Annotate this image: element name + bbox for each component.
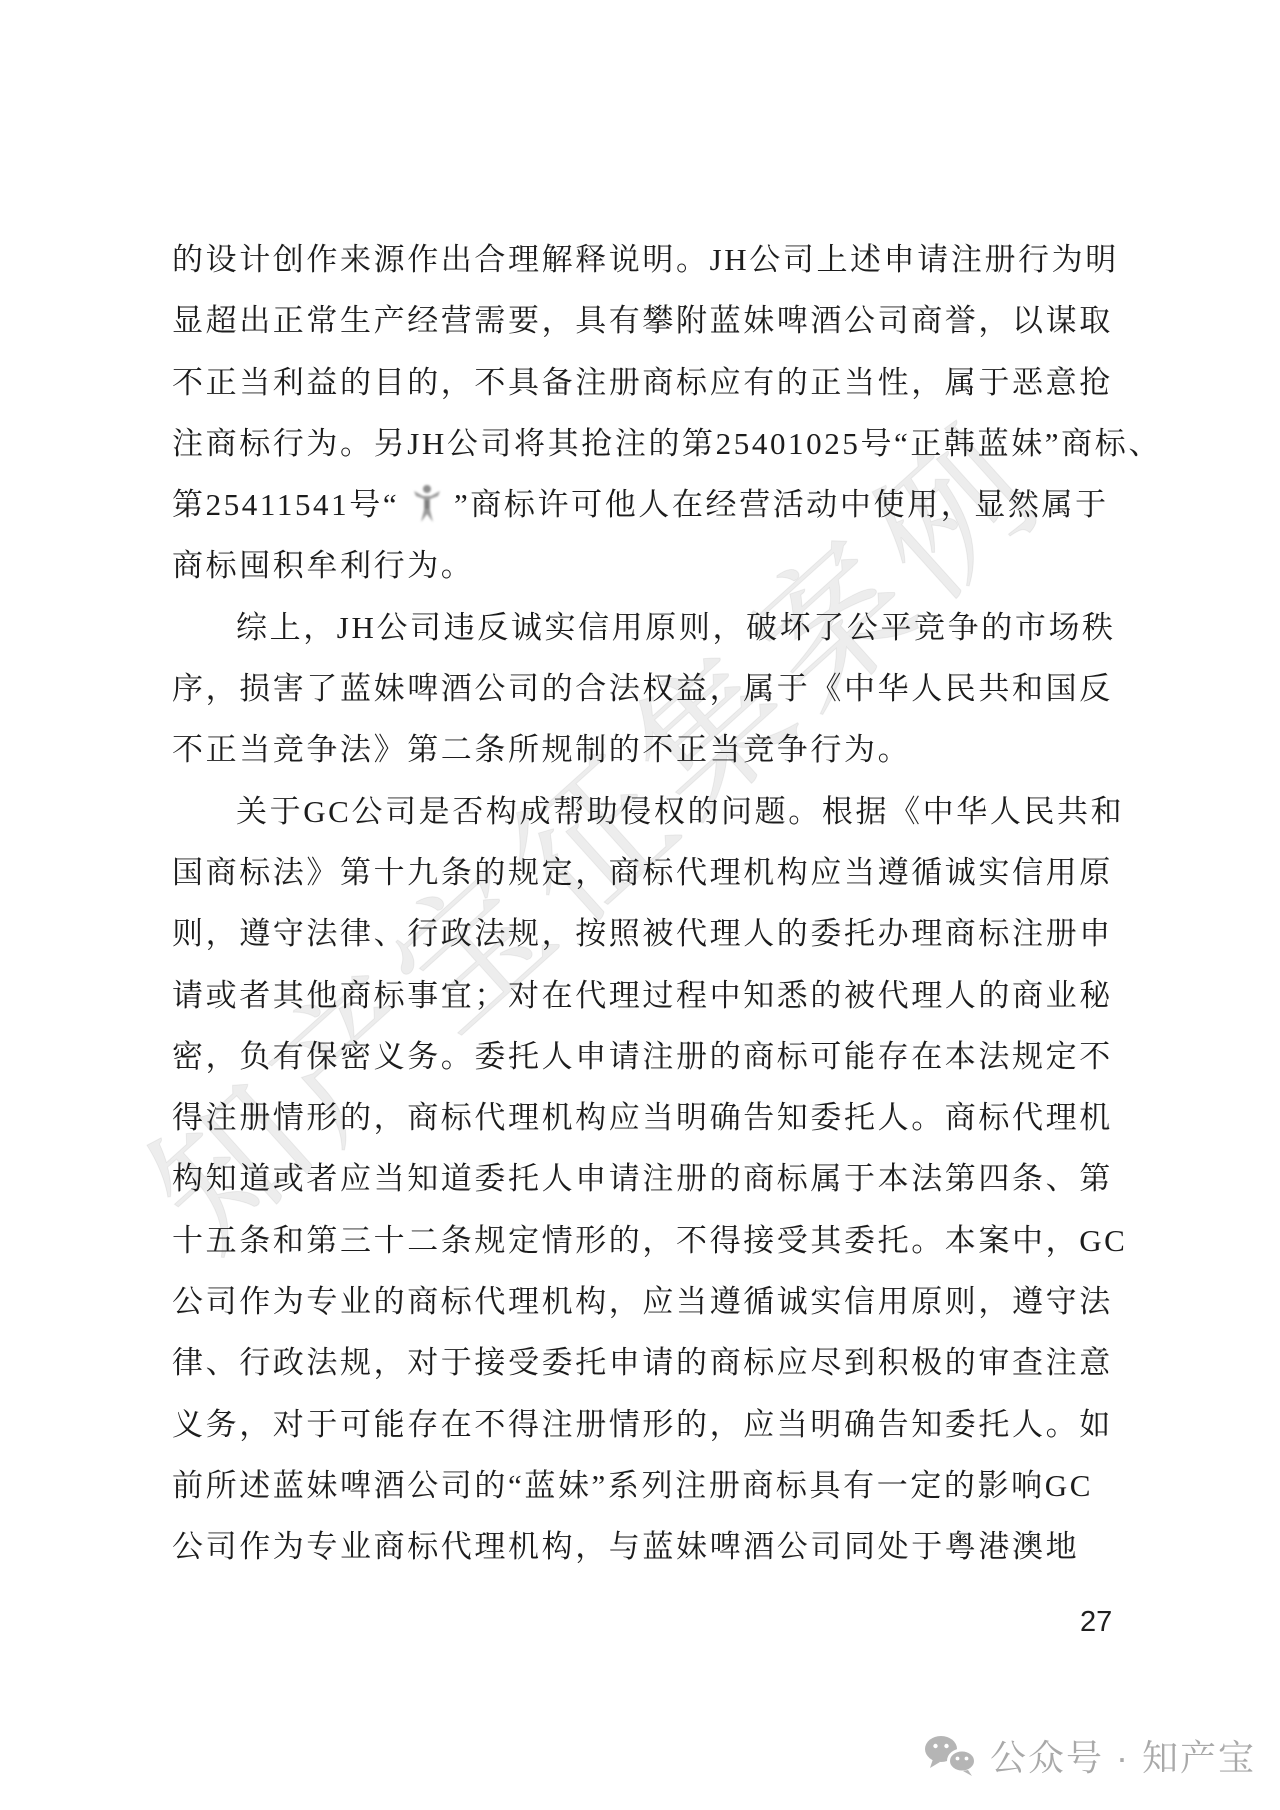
text-line: 公司作为专业商标代理机构，与蓝妹啤酒公司同处于粤港澳地 — [172, 1516, 1120, 1577]
text-line: 密，负有保密义务。委托人申请注册的商标可能存在本法规定不 — [172, 1026, 1120, 1087]
text-line: 的设计创作来源作出合理解释说明。JH公司上述申请注册行为明 — [172, 229, 1120, 290]
footer-brand: 公众号 · 知产宝 — [924, 1730, 1256, 1781]
paragraph: 综上，JH公司违反诚实信用原则，破坏了公平竞争的市场秩序，损害了蓝妹啤酒公司的合… — [172, 597, 1120, 781]
text-line: 国商标法》第十九条的规定，商标代理机构应当遵循诚实信用原 — [172, 842, 1120, 903]
footer-label: 公众号 · 知产宝 — [990, 1730, 1256, 1781]
text-line: 商标囤积牟利行为。 — [172, 535, 1120, 596]
page-number: 27 — [1080, 1606, 1112, 1639]
text-line: 义务，对于可能存在不得注册情形的，应当明确告知委托人。如 — [172, 1394, 1120, 1455]
text-line: 律、行政法规，对于接受委托申请的商标应尽到积极的审查注意 — [172, 1332, 1120, 1393]
text-line: 显超出正常生产经营需要，具有攀附蓝妹啤酒公司商誉，以谋取 — [172, 290, 1120, 351]
text-line: 请或者其他商标事宜；对在代理过程中知悉的被代理人的商业秘 — [172, 965, 1120, 1026]
text-line: 构知道或者应当知道委托人申请注册的商标属于本法第四条、第 — [172, 1148, 1120, 1209]
text-line: 不正当利益的目的，不具备注册商标应有的正当性，属于恶意抢 — [172, 352, 1120, 413]
text-line: 得注册情形的，商标代理机构应当明确告知委托人。商标代理机 — [172, 1087, 1120, 1148]
trademark-figure-image — [412, 482, 442, 524]
text-line: 十五条和第三十二条规定情形的，不得接受其委托。本案中，GC — [172, 1210, 1120, 1271]
paragraph: 关于GC公司是否构成帮助侵权的问题。根据《中华人民共和国商标法》第十九条的规定，… — [172, 781, 1120, 1578]
document-page: 知产宝征集案例 的设计创作来源作出合理解释说明。JH公司上述申请注册行为明显超出… — [0, 0, 1280, 1810]
text-line: 第25411541号“ ”商标许可他人在经营活动中使用，显然属于 — [172, 474, 1120, 535]
text-line: 则，遵守法律、行政法规，按照被代理人的委托办理商标注册申 — [172, 903, 1120, 964]
paragraph: 的设计创作来源作出合理解释说明。JH公司上述申请注册行为明显超出正常生产经营需要… — [172, 229, 1120, 597]
text-line: 注商标行为。另JH公司将其抢注的第25401025号“正韩蓝妹”商标、 — [172, 413, 1120, 474]
text-line: 综上，JH公司违反诚实信用原则，破坏了公平竞争的市场秩 — [172, 597, 1120, 658]
text-line: 前所述蓝妹啤酒公司的“蓝妹”系列注册商标具有一定的影响GC — [172, 1455, 1120, 1516]
text-line: 关于GC公司是否构成帮助侵权的问题。根据《中华人民共和 — [172, 781, 1120, 842]
wechat-icon — [924, 1735, 976, 1777]
text-line: 公司作为专业的商标代理机构，应当遵循诚实信用原则，遵守法 — [172, 1271, 1120, 1332]
text-line: 序，损害了蓝妹啤酒公司的合法权益，属于《中华人民共和国反 — [172, 658, 1120, 719]
text-line: 不正当竞争法》第二条所规制的不正当竞争行为。 — [172, 719, 1120, 780]
document-body: 的设计创作来源作出合理解释说明。JH公司上述申请注册行为明显超出正常生产经营需要… — [172, 229, 1120, 1578]
